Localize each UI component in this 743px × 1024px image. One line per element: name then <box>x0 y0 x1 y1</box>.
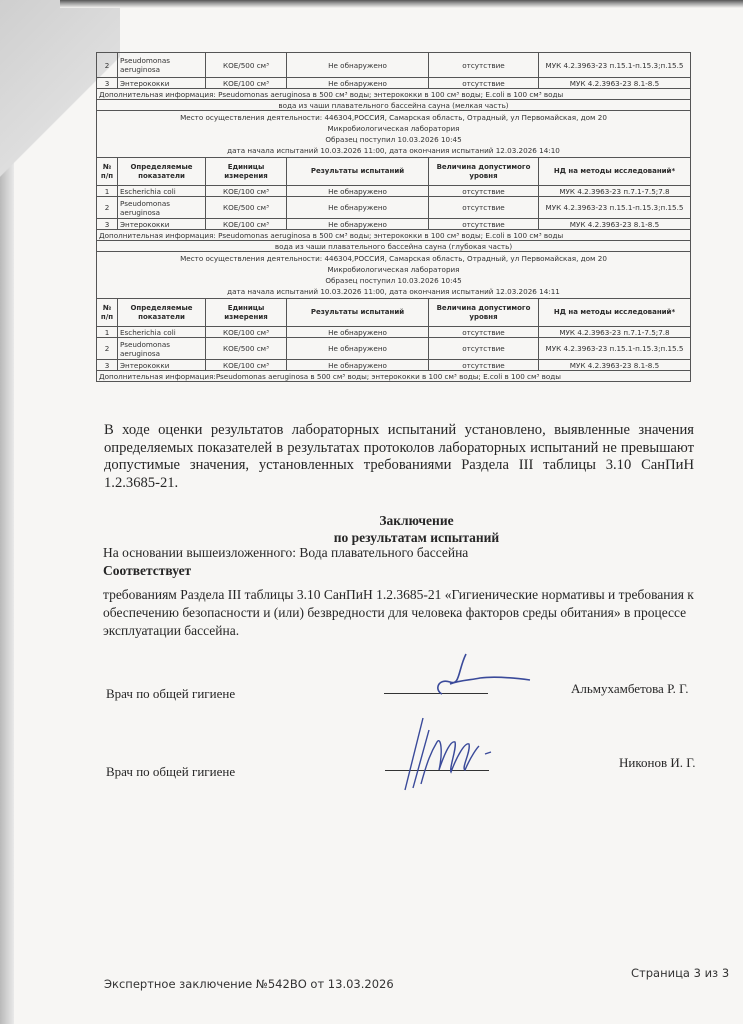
conclusion-requirements: требованиям Раздела III таблицы 3.10 Сан… <box>103 586 695 640</box>
row-limit: отсутствие <box>429 327 539 338</box>
row-method: МУК 4.2.3963-23 п.15.1-п.15.3;п.15.5 <box>539 53 691 78</box>
additional-info: Дополнительная информация:Pseudomonas ae… <box>97 371 691 382</box>
table-row: 3 Энтерококки КОЕ/100 см³ Не обнаружено … <box>97 219 691 230</box>
row-units: КОЕ/100 см³ <box>206 327 287 338</box>
signature-name: Никонов И. Г. <box>619 755 696 771</box>
row-units: КОЕ/500 см³ <box>206 197 287 219</box>
sample-title: вода из чаши плавательного бассейна саун… <box>97 241 691 252</box>
col-units: Единицы измерения <box>206 158 287 186</box>
col-results: Результаты испытаний <box>287 299 429 327</box>
row-result: Не обнаружено <box>287 186 429 197</box>
conclusion-subtitle: по результатам испытаний <box>45 530 743 546</box>
location: Место осуществления деятельности: 446304… <box>99 253 688 264</box>
received-date: Образец поступил 10.03.2026 10:45 <box>99 134 688 145</box>
col-limit: Величина допустимого уровня <box>429 299 539 327</box>
conclusion-basis: На основании вышеизложенного: Вода плава… <box>103 545 468 561</box>
row-units: КОЕ/500 см³ <box>206 338 287 360</box>
table-row: 1 Escherichia coli КОЕ/100 см³ Не обнару… <box>97 327 691 338</box>
col-limit: Величина допустимого уровня <box>429 158 539 186</box>
col-num: № п/п <box>97 158 118 186</box>
table-row: 2 Pseudomonas aeruginosa КОЕ/500 см³ Не … <box>97 197 691 219</box>
col-results: Результаты испытаний <box>287 158 429 186</box>
table-row: 1 Escherichia coli КОЕ/100 см³ Не обнару… <box>97 186 691 197</box>
evaluation-line: допустимые значения, установленных требо… <box>104 457 694 492</box>
row-units: КОЕ/100 см³ <box>206 78 287 89</box>
lab-name: Микробиологическая лаборатория <box>99 264 688 275</box>
row-indicator: Pseudomonas aeruginosa <box>118 53 206 78</box>
row-limit: отсутствие <box>429 186 539 197</box>
sample-title: вода из чаши плавательного бассейна саун… <box>97 100 691 111</box>
row-num: 3 <box>97 219 118 230</box>
signature-role: Врач по общей гигиене <box>106 764 235 780</box>
table-row: 3 Энтерококки КОЕ/100 см³ Не обнаружено … <box>97 360 691 371</box>
col-methods: НД на методы исследований* <box>539 158 691 186</box>
table-row: 3 Энтерококки КОЕ/100 см³ Не обнаружено … <box>97 78 691 89</box>
table-row: 2 Pseudomonas aeruginosa КОЕ/500 см³ Не … <box>97 338 691 360</box>
row-method: МУК 4.2.3963-23 8.1-8.5 <box>539 78 691 89</box>
signature-role: Врач по общей гигиене <box>106 686 235 702</box>
table-row: 2 Pseudomonas aeruginosa КОЕ/500 см³ Не … <box>97 53 691 78</box>
row-num: 2 <box>97 338 118 360</box>
row-units: КОЕ/500 см³ <box>206 53 287 78</box>
table-header: № п/п Определяемые показатели Единицы из… <box>97 158 691 186</box>
row-indicator: Энтерококки <box>118 78 206 89</box>
evaluation-line: В ходе оценки результатов лабораторных и… <box>104 422 694 440</box>
row-limit: отсутствие <box>429 78 539 89</box>
location: Место осуществления деятельности: 446304… <box>99 112 688 123</box>
row-result: Не обнаружено <box>287 338 429 360</box>
row-indicator: Escherichia coli <box>118 186 206 197</box>
row-method: МУК 4.2.3963-23 п.7.1-7.5;7.8 <box>539 327 691 338</box>
row-limit: отсутствие <box>429 197 539 219</box>
row-result: Не обнаружено <box>287 327 429 338</box>
row-num: 2 <box>97 53 118 78</box>
row-units: КОЕ/100 см³ <box>206 219 287 230</box>
additional-info: Дополнительная информация: Pseudomonas a… <box>97 230 691 241</box>
row-limit: отсутствие <box>429 338 539 360</box>
row-indicator: Энтерококки <box>118 360 206 371</box>
document-page: 2 Pseudomonas aeruginosa КОЕ/500 см³ Не … <box>0 0 743 1024</box>
row-units: КОЕ/100 см³ <box>206 360 287 371</box>
col-indicator: Определяемые показатели <box>118 299 206 327</box>
conclusion-title: Заключение <box>45 513 743 529</box>
signature-name: Альмухамбетова Р. Г. <box>571 681 688 697</box>
row-limit: отсутствие <box>429 219 539 230</box>
row-indicator: Энтерококки <box>118 219 206 230</box>
col-units: Единицы измерения <box>206 299 287 327</box>
row-units: КОЕ/100 см³ <box>206 186 287 197</box>
test-dates: дата начала испытаний 10.03.2026 11:00, … <box>99 286 688 297</box>
sample-info: Место осуществления деятельности: 446304… <box>97 111 691 158</box>
row-num: 3 <box>97 78 118 89</box>
col-indicator: Определяемые показатели <box>118 158 206 186</box>
evaluation-paragraph: В ходе оценки результатов лабораторных и… <box>104 422 694 492</box>
row-method: МУК 4.2.3963-23 п.15.1-п.15.3;п.15.5 <box>539 197 691 219</box>
row-method: МУК 4.2.3963-23 п.15.1-п.15.3;п.15.5 <box>539 338 691 360</box>
sample-info: Место осуществления деятельности: 446304… <box>97 252 691 299</box>
row-method: МУК 4.2.3963-23 8.1-8.5 <box>539 360 691 371</box>
row-indicator: Pseudomonas aeruginosa <box>118 338 206 360</box>
conclusion-verdict: Соответствует <box>103 563 191 579</box>
row-indicator: Pseudomonas aeruginosa <box>118 197 206 219</box>
signature-icon <box>420 650 540 700</box>
row-num: 1 <box>97 327 118 338</box>
row-limit: отсутствие <box>429 360 539 371</box>
row-result: Не обнаружено <box>287 53 429 78</box>
lab-name: Микробиологическая лаборатория <box>99 123 688 134</box>
row-result: Не обнаружено <box>287 219 429 230</box>
row-num: 1 <box>97 186 118 197</box>
signature-icon <box>385 712 495 792</box>
footer-page-number: Страница 3 из 3 <box>631 966 729 980</box>
test-dates: дата начала испытаний 10.03.2026 11:00, … <box>99 145 688 156</box>
evaluation-line: определяемых показателей в результатах п… <box>104 440 694 458</box>
row-method: МУК 4.2.3963-23 8.1-8.5 <box>539 219 691 230</box>
received-date: Образец поступил 10.03.2026 10:45 <box>99 275 688 286</box>
row-limit: отсутствие <box>429 53 539 78</box>
table-header: № п/п Определяемые показатели Единицы из… <box>97 299 691 327</box>
additional-info: Дополнительная информация: Pseudomonas a… <box>97 89 691 100</box>
footer-doc-ref: Экспертное заключение №542ВО от 13.03.20… <box>104 977 394 991</box>
row-method: МУК 4.2.3963-23 п.7.1-7.5;7.8 <box>539 186 691 197</box>
results-table-continued: 2 Pseudomonas aeruginosa КОЕ/500 см³ Не … <box>96 52 691 382</box>
row-num: 3 <box>97 360 118 371</box>
row-num: 2 <box>97 197 118 219</box>
row-result: Не обнаружено <box>287 360 429 371</box>
col-num: № п/п <box>97 299 118 327</box>
row-result: Не обнаружено <box>287 197 429 219</box>
col-methods: НД на методы исследований* <box>539 299 691 327</box>
row-indicator: Escherichia coli <box>118 327 206 338</box>
row-result: Не обнаружено <box>287 78 429 89</box>
